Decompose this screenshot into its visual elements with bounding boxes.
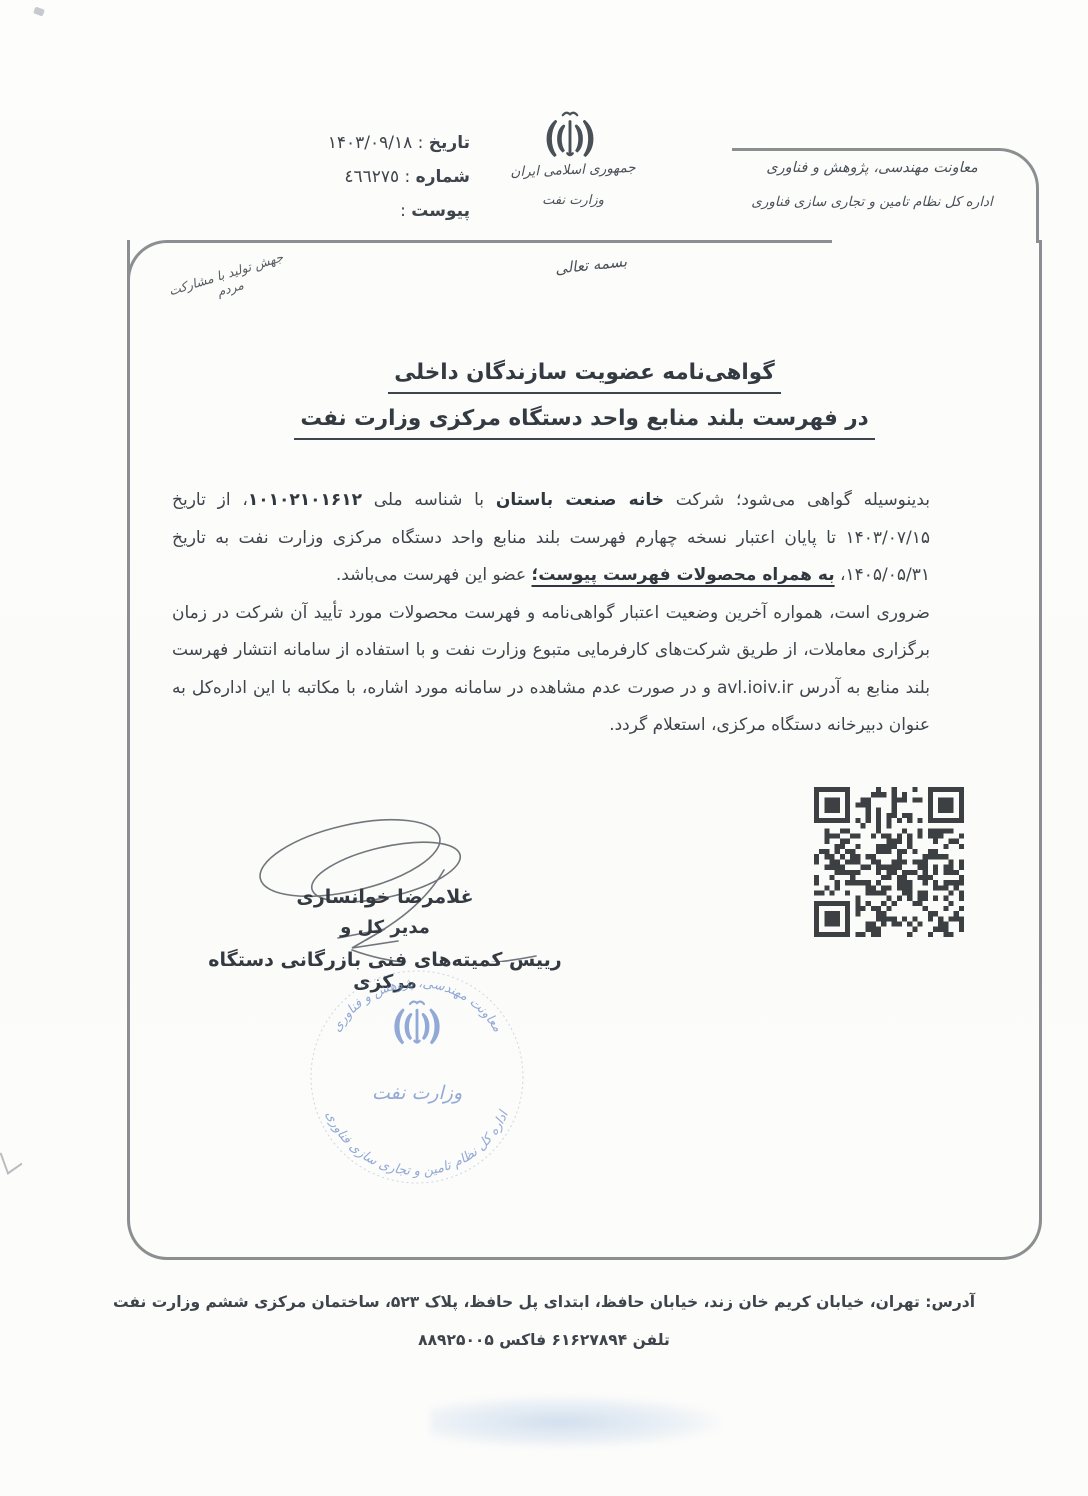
document-frame-header-tab — [732, 148, 1039, 243]
body-text-segment: ۱۰۱۰۲۱۰۱۶۱۲ — [248, 490, 362, 510]
footer-address: آدرس: تهران، خیابان کریم خان زند، خیابان… — [0, 1283, 1088, 1321]
attachment-label: پیوست — [411, 201, 470, 221]
certificate-body: بدینوسیله گواهی می‌شود؛ شرکت خانه صنعت ب… — [172, 482, 930, 745]
date-label: تاریخ — [429, 133, 470, 153]
signatory-name: غلامرضا خوانساری — [185, 886, 585, 908]
ministry-stamp: وزارت نفت معاونت مهندسی، پژوهش و فناوری … — [303, 963, 531, 1191]
body-paragraph-1: بدینوسیله گواهی می‌شود؛ شرکت خانه صنعت ب… — [172, 482, 930, 595]
meta-date: تاریخ : ۱۴۰۳/۰۹/۱۸ — [280, 126, 470, 160]
body-paragraph-2: ضروری است، همواره آخرین وضعیت اعتبار گوا… — [172, 595, 930, 745]
iran-coat-of-arms-icon — [541, 108, 599, 166]
meta-separator: : — [412, 133, 429, 153]
letterhead-meta: تاریخ : ۱۴۰۳/۰۹/۱۸ شماره : ٤٦٦٢٧٥ پیوست … — [280, 126, 470, 228]
footer-phone-fax: تلفن ۶۱۶۲۷۸۹۴ فاکس ۸۸۹۲۵۰۰۵ — [0, 1321, 1088, 1359]
scan-artifact-mark — [0, 1143, 22, 1175]
qr-code — [814, 787, 964, 937]
number-label: شماره — [416, 167, 470, 187]
body-text-segment: عضو این فهرست می‌باشد. — [336, 565, 532, 585]
title-line-2: در فهرست بلند منابع واحد دستگاه مرکزی وز… — [294, 406, 874, 440]
certificate-title: گواهی‌نامه عضویت سازندگان داخلی در فهرست… — [127, 360, 1042, 440]
stamp-center-text: وزارت نفت — [372, 1082, 462, 1104]
scan-artifact-mark — [33, 7, 45, 17]
body-text-segment: به همراه محصولات فهرست پیوست؛ — [532, 565, 835, 585]
meta-separator: : — [399, 167, 416, 187]
scanned-letter-page: تاریخ : ۱۴۰۳/۰۹/۱۸ شماره : ٤٦٦٢٧٥ پیوست … — [0, 0, 1088, 1496]
org-name: جمهوری اسلامی ایران — [498, 159, 648, 180]
signatory-title-1: مدیر کل و — [185, 917, 585, 938]
meta-attachment: پیوست : — [280, 194, 470, 228]
meta-separator: : — [400, 201, 411, 221]
body-text-segment: با شناسه ملی — [362, 490, 496, 510]
ink-bleed-smudge — [430, 1396, 720, 1448]
meta-number: شماره : ٤٦٦٢٧٥ — [280, 160, 470, 194]
svg-text:اداره کل نظام تامین و تجاری سا: اداره کل نظام تامین و تجاری سازی فناوری — [322, 1108, 512, 1179]
ministry-name: وزارت نفت — [528, 193, 618, 208]
body-text-segment: خانه صنعت باستان — [496, 490, 664, 510]
number-value: ٤٦٦٢٧٥ — [344, 167, 399, 187]
body-text-segment: بدینوسیله گواهی می‌شود؛ شرکت — [664, 490, 930, 510]
stamp-arc-bottom-text: اداره کل نظام تامین و تجاری سازی فناوری — [322, 1108, 512, 1179]
footer-contact: آدرس: تهران، خیابان کریم خان زند، خیابان… — [0, 1283, 1088, 1359]
body-text-segment: avl.ioiv.ir — [717, 678, 793, 698]
date-value: ۱۴۰۳/۰۹/۱۸ — [328, 133, 413, 153]
title-line-1: گواهی‌نامه عضویت سازندگان داخلی — [388, 360, 781, 394]
